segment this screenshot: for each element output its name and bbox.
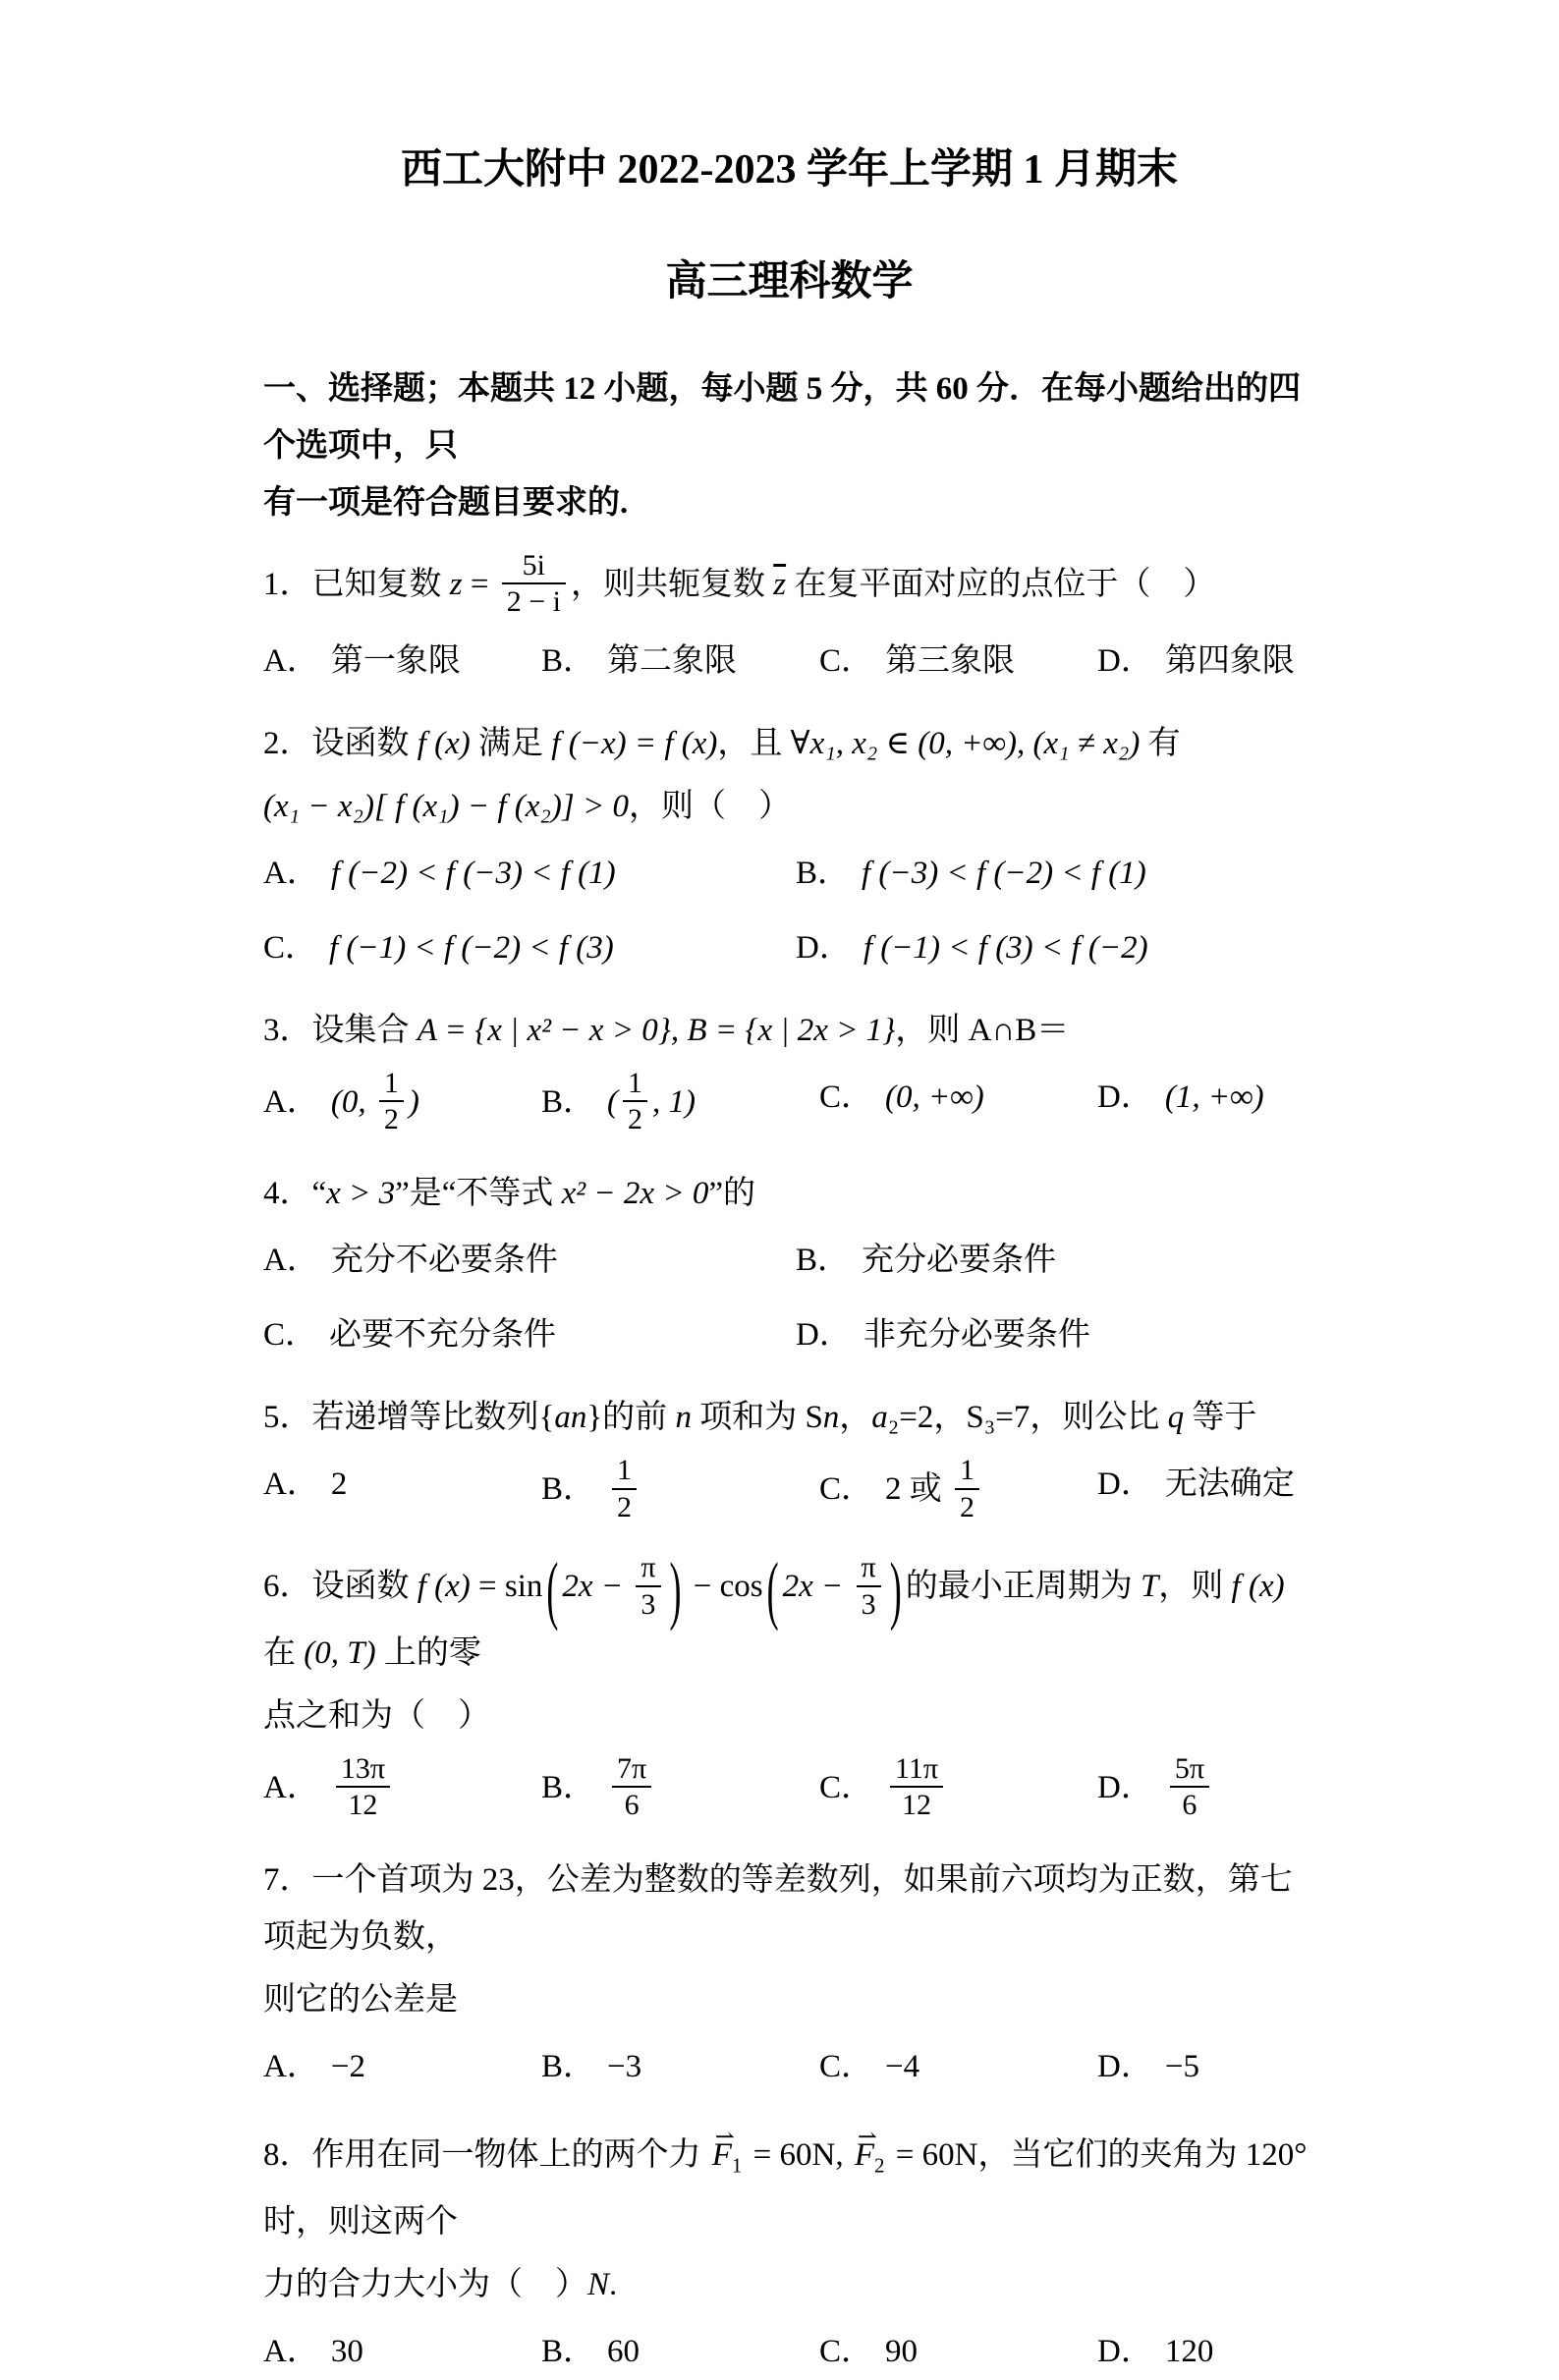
math-run: , 1) bbox=[652, 1084, 696, 1120]
question-7-stem-line-1: 7．一个首项为 23，公差为整数的等差数列，如果前六项均为正数，第七项起为负数， bbox=[263, 1852, 1315, 1965]
option-label: B． bbox=[541, 2049, 595, 2084]
question-5-option-A: A．2 bbox=[263, 1456, 541, 1527]
question-1-option-B: B．第二象限 bbox=[541, 633, 819, 690]
option-content: 5π6 bbox=[1165, 1770, 1214, 1805]
text-run: 上的零 bbox=[376, 1635, 481, 1671]
question-6-option-D: D．5π6 bbox=[1097, 1754, 1315, 1826]
math-run: ) bbox=[409, 1084, 419, 1120]
question-5-option-D: D．无法确定 bbox=[1097, 1456, 1315, 1527]
option-label: B． bbox=[796, 1243, 850, 1278]
text-run: 充分必要条件 bbox=[862, 1243, 1056, 1278]
question-4-option-D: D．非充分必要条件 bbox=[796, 1306, 1315, 1363]
option-content: 第二象限 bbox=[607, 643, 737, 679]
question-5-option-B: B．12 bbox=[541, 1456, 819, 1527]
option-content: −2 bbox=[331, 2049, 365, 2084]
question-3: 3．设集合 A = {x | x² − x > 0}, B = {x | 2x … bbox=[263, 1002, 1315, 1140]
option-content: 30 bbox=[331, 2334, 363, 2369]
fraction-numerator: 1 bbox=[379, 1066, 404, 1102]
math-run: x > 3 bbox=[326, 1176, 395, 1211]
option-content: (1, +∞) bbox=[1165, 1079, 1264, 1115]
option-content: 12 bbox=[607, 1471, 641, 1507]
question-2: 2．设函数 f (x) 满足 f (−x) = f (x)，且 ∀x₁, x₂ … bbox=[263, 715, 1315, 976]
text-run: ，则 bbox=[1158, 1569, 1231, 1604]
fraction-numerator: 1 bbox=[623, 1066, 647, 1102]
fraction-denominator: 6 bbox=[1170, 1788, 1209, 1822]
option-label: D． bbox=[796, 930, 852, 966]
option-content: 2 bbox=[331, 1467, 348, 1502]
option-content: 2 或 12 bbox=[885, 1471, 984, 1507]
question-1-stem-line-1: 1．已知复数 z = 5i2 − i，则共轭复数 z 在复平面对应的点位于（ ） bbox=[263, 551, 1315, 623]
fraction-denominator: 2 bbox=[612, 1490, 637, 1524]
question-6-option-C: C．11π12 bbox=[819, 1754, 1097, 1826]
option-content: 充分不必要条件 bbox=[331, 1243, 558, 1278]
question-8-stem-line-1: 8．作用在同一物体上的两个力 ⇀F1 = 60N, ⇀F2 = 60N，当它们的… bbox=[263, 2121, 1315, 2251]
text-run: −2 bbox=[331, 2049, 365, 2084]
option-label: C． bbox=[819, 1471, 873, 1507]
question-4-options-row: A．充分不必要条件B．充分必要条件 bbox=[263, 1232, 1315, 1289]
fraction-denominator: 3 bbox=[857, 1587, 881, 1622]
math-run: f (−1) < f (−2) < f (3) bbox=[329, 930, 614, 966]
fraction: π3 bbox=[636, 1550, 660, 1622]
text-run: − cos bbox=[686, 1569, 763, 1604]
fraction: π3 bbox=[857, 1550, 881, 1622]
option-content: (12, 1) bbox=[607, 1084, 696, 1120]
option-content: 7π6 bbox=[607, 1770, 656, 1805]
text-run: 90 bbox=[885, 2334, 918, 2369]
math-run: 2x − bbox=[562, 1569, 631, 1604]
option-content: 第一象限 bbox=[331, 643, 461, 679]
fraction: 7π6 bbox=[612, 1751, 651, 1823]
math-run: 2x − bbox=[783, 1569, 852, 1604]
question-7-option-B: B．−3 bbox=[541, 2038, 819, 2095]
fraction: 12 bbox=[623, 1066, 647, 1137]
text-run: 第二象限 bbox=[607, 643, 737, 679]
text-run: ，且 bbox=[717, 726, 790, 761]
question-6-options-row: A．13π12B．7π6C．11π12D．5π6 bbox=[263, 1754, 1315, 1826]
question-2-stem-line-1: 2．设函数 f (x) 满足 f (−x) = f (x)，且 ∀x₁, x₂ … bbox=[263, 715, 1315, 772]
math-run: n bbox=[823, 1400, 840, 1435]
question-6-stem-line-1: 6．设函数 f (x) = sin(2x − π3) − cos(2x − π3… bbox=[263, 1553, 1315, 1682]
text-run: −3 bbox=[607, 2049, 641, 2084]
text-run: −5 bbox=[1165, 2049, 1199, 2084]
fraction-denominator: 2 − i bbox=[502, 584, 566, 619]
question-8-option-C: C．90 bbox=[819, 2323, 1097, 2380]
big-paren: ( bbox=[767, 1527, 779, 1650]
question-5-option-C: C．2 或 12 bbox=[819, 1456, 1097, 1527]
option-content: 60 bbox=[607, 2334, 640, 2369]
fraction-denominator: 2 bbox=[955, 1490, 979, 1524]
question-8-option-B: B．60 bbox=[541, 2323, 819, 2380]
option-label: C． bbox=[819, 2334, 873, 2369]
question-4-option-C: C．必要不充分条件 bbox=[263, 1306, 796, 1363]
text-run: 7．一个首项为 23，公差为整数的等差数列，如果前六项均为正数，第七项起为负数， bbox=[263, 1862, 1293, 1955]
vector-arrow-icon: ⇀ bbox=[858, 2109, 877, 2166]
option-content: 13π12 bbox=[331, 1770, 395, 1805]
math-run: an bbox=[554, 1400, 586, 1435]
math-run: (0, bbox=[331, 1084, 374, 1120]
question-3-stem-line-1: 3．设集合 A = {x | x² − x > 0}, B = {x | 2x … bbox=[263, 1002, 1315, 1059]
section-instructions-line-2: 有一项是符合题目要求的. bbox=[263, 474, 1315, 531]
math-run: (0, +∞) bbox=[885, 1079, 984, 1115]
math-run: q bbox=[1168, 1400, 1185, 1435]
option-content: f (−2) < f (−3) < f (1) bbox=[331, 856, 616, 891]
fraction-numerator: 5i bbox=[502, 548, 566, 584]
option-label: D． bbox=[796, 1317, 852, 1353]
option-content: 无法确定 bbox=[1165, 1467, 1295, 1502]
fraction-numerator: 7π bbox=[612, 1751, 651, 1788]
option-label: A． bbox=[263, 856, 319, 891]
text-run: 30 bbox=[331, 2334, 363, 2369]
text-run: 3．设集合 bbox=[263, 1013, 418, 1048]
question-7-option-C: C．−4 bbox=[819, 2038, 1097, 2095]
text-run: 充分不必要条件 bbox=[331, 1243, 558, 1278]
option-label: A． bbox=[263, 1770, 319, 1805]
question-6: 6．设函数 f (x) = sin(2x − π3) − cos(2x − π3… bbox=[263, 1553, 1315, 1826]
math-run: T bbox=[1141, 1569, 1158, 1604]
option-label: C． bbox=[819, 1770, 873, 1805]
text-run: 1．已知复数 bbox=[263, 567, 450, 602]
fraction-denominator: 12 bbox=[336, 1788, 390, 1822]
option-content: −5 bbox=[1165, 2049, 1199, 2084]
text-run: 2．设函数 bbox=[263, 726, 418, 761]
text-run: 第一象限 bbox=[331, 643, 461, 679]
text-run: = sin bbox=[471, 1569, 543, 1604]
fraction-numerator: 5π bbox=[1170, 1751, 1209, 1788]
question-7-options-row: A．−2B．−3C．−4D．−5 bbox=[263, 2038, 1315, 2095]
option-label: D． bbox=[1097, 2049, 1153, 2084]
option-label: A． bbox=[263, 1084, 319, 1120]
option-label: D． bbox=[1097, 1467, 1153, 1502]
fraction-numerator: π bbox=[857, 1550, 881, 1586]
vector-symbol: ⇀F2 bbox=[855, 2121, 885, 2194]
option-label: A． bbox=[263, 2049, 319, 2084]
text-run: 则它的公差是 bbox=[263, 1982, 458, 2018]
option-content: 120 bbox=[1165, 2334, 1214, 2369]
option-label: B． bbox=[541, 2334, 595, 2369]
math-run: ( bbox=[607, 1084, 618, 1120]
fraction-numerator: π bbox=[636, 1550, 660, 1586]
option-content: 90 bbox=[885, 2334, 918, 2369]
option-label: B． bbox=[796, 856, 850, 891]
question-1-options-row: A．第一象限B．第二象限C．第三象限D．第四象限 bbox=[263, 633, 1315, 690]
option-label: B． bbox=[541, 1084, 595, 1120]
text-run: 无法确定 bbox=[1165, 1467, 1295, 1502]
question-2-stem-line-2: (x₁ − x₂)[ f (x₁) − f (x₂)] > 0，则（ ） bbox=[263, 778, 1315, 835]
option-content: 充分必要条件 bbox=[862, 1243, 1056, 1278]
text-run: 4．“ bbox=[263, 1176, 326, 1211]
option-content: 11π12 bbox=[885, 1770, 948, 1805]
question-8-stem-line-2: 力的合力大小为（ ）N. bbox=[263, 2256, 1315, 2313]
question-5-stem-line-1: 5．若递增等比数列{an}的前 n 项和为 Sn，a₂=2，S₃=7，则公比 q… bbox=[263, 1389, 1315, 1446]
question-1-option-D: D．第四象限 bbox=[1097, 633, 1315, 690]
question-6-option-B: B．7π6 bbox=[541, 1754, 819, 1826]
question-list: 1．已知复数 z = 5i2 − i，则共轭复数 z 在复平面对应的点位于（ ）… bbox=[263, 551, 1315, 2380]
math-run: f (x) bbox=[418, 726, 471, 761]
text-run: 满足 bbox=[471, 726, 552, 761]
option-content: (0, 12) bbox=[331, 1084, 419, 1120]
fraction-denominator: 2 bbox=[379, 1102, 404, 1136]
question-2-options-row: C．f (−1) < f (−2) < f (3)D．f (−1) < f (3… bbox=[263, 919, 1315, 976]
question-3-option-A: A．(0, 12) bbox=[263, 1069, 541, 1140]
fraction: 12 bbox=[955, 1453, 979, 1524]
text-run: 项和为 S bbox=[692, 1400, 823, 1435]
option-content: f (−3) < f (−2) < f (1) bbox=[862, 856, 1146, 891]
text-run: 2 或 bbox=[885, 1471, 950, 1507]
math-run: f (x) bbox=[1232, 1569, 1285, 1604]
question-2-option-A: A．f (−2) < f (−3) < f (1) bbox=[263, 845, 796, 902]
option-label: C． bbox=[819, 643, 873, 679]
math-run: N bbox=[587, 2267, 609, 2302]
question-2-option-B: B．f (−3) < f (−2) < f (1) bbox=[796, 845, 1315, 902]
question-7-option-D: D．−5 bbox=[1097, 2038, 1315, 2095]
math-run: z bbox=[450, 567, 463, 602]
question-3-options-row: A．(0, 12)B．(12, 1)C．(0, +∞)D．(1, +∞) bbox=[263, 1069, 1315, 1140]
question-2-options-row: A．f (−2) < f (−3) < f (1)B．f (−3) < f (−… bbox=[263, 845, 1315, 902]
option-label: A． bbox=[263, 643, 319, 679]
question-6-option-A: A．13π12 bbox=[263, 1754, 541, 1826]
vector-symbol: ⇀F1 bbox=[712, 2121, 743, 2194]
text-run: ，则（ ） bbox=[629, 789, 791, 824]
big-paren: ) bbox=[890, 1527, 902, 1650]
option-label: D． bbox=[1097, 643, 1153, 679]
question-4: 4．“x > 3”是“不等式 x² − 2x > 0”的A．充分不必要条件B．充… bbox=[263, 1165, 1315, 1363]
fraction: 5i2 − i bbox=[502, 548, 566, 620]
question-4-stem-line-1: 4．“x > 3”是“不等式 x² − 2x > 0”的 bbox=[263, 1165, 1315, 1222]
text-run: 8．作用在同一物体上的两个力 bbox=[263, 2137, 709, 2173]
exam-subtitle: 高三理科数学 bbox=[263, 257, 1315, 306]
question-4-options-row: C．必要不充分条件D．非充分必要条件 bbox=[263, 1306, 1315, 1363]
fraction: 13π12 bbox=[336, 1751, 390, 1823]
option-label: B． bbox=[541, 1770, 595, 1805]
fraction-denominator: 12 bbox=[890, 1788, 943, 1822]
fraction-numerator: 11π bbox=[890, 1751, 943, 1788]
option-label: C． bbox=[819, 1079, 873, 1115]
question-7-stem-line-2: 则它的公差是 bbox=[263, 1971, 1315, 2028]
question-8-option-A: A．30 bbox=[263, 2323, 541, 2380]
question-1: 1．已知复数 z = 5i2 − i，则共轭复数 z 在复平面对应的点位于（ ）… bbox=[263, 551, 1315, 690]
math-run: (1, +∞) bbox=[1165, 1079, 1264, 1115]
math-run: (0, T) bbox=[304, 1635, 375, 1671]
math-run: f (−2) < f (−3) < f (1) bbox=[331, 856, 616, 891]
text-run: }的前 bbox=[586, 1400, 675, 1435]
option-label: C． bbox=[263, 930, 317, 966]
text-run: 有 bbox=[1140, 726, 1180, 761]
question-3-option-C: C．(0, +∞) bbox=[819, 1069, 1097, 1140]
text-run: 60 bbox=[607, 2334, 640, 2369]
text-run: . bbox=[609, 2267, 617, 2302]
text-run: 第三象限 bbox=[885, 643, 1015, 679]
option-label: D． bbox=[1097, 1770, 1153, 1805]
fraction-denominator: 6 bbox=[612, 1788, 651, 1822]
math-run: f (−3) < f (−2) < f (1) bbox=[862, 856, 1146, 891]
option-label: C． bbox=[819, 2049, 873, 2084]
text-run: 力的合力大小为（ ） bbox=[263, 2267, 587, 2302]
fraction-numerator: 1 bbox=[612, 1453, 637, 1489]
option-label: D． bbox=[1097, 2334, 1153, 2369]
math-run: f (x) bbox=[418, 1569, 471, 1604]
option-label: B． bbox=[541, 643, 595, 679]
math-run: (x₁ − x₂)[ f (x₁) − f (x₂)] > 0 bbox=[263, 789, 629, 824]
text-run: ，则 A∩B＝ bbox=[895, 1013, 1069, 1048]
text-run: ， bbox=[839, 1400, 871, 1435]
option-content: f (−1) < f (−2) < f (3) bbox=[329, 930, 614, 966]
fraction: 5π6 bbox=[1170, 1751, 1209, 1823]
text-run: 120 bbox=[1165, 2334, 1214, 2369]
question-5: 5．若递增等比数列{an}的前 n 项和为 Sn，a₂=2，S₃=7，则公比 q… bbox=[263, 1389, 1315, 1527]
big-paren: ( bbox=[546, 1527, 558, 1650]
text-run: = 60N, bbox=[745, 2137, 851, 2173]
exam-document-page: 西工大附中 2022-2023 学年上学期 1 月期末 高三理科数学 一、选择题… bbox=[0, 0, 1559, 2380]
text-run: 2 bbox=[331, 1467, 348, 1502]
question-4-option-A: A．充分不必要条件 bbox=[263, 1232, 796, 1289]
question-4-option-B: B．充分必要条件 bbox=[796, 1232, 1315, 1289]
question-5-options-row: A．2B．12C．2 或 12D．无法确定 bbox=[263, 1456, 1315, 1527]
text-run: = bbox=[463, 567, 497, 602]
section-instructions-line-1: 一、选择题；本题共 12 小题，每小题 5 分，共 60 分．在每小题给出的四个… bbox=[263, 360, 1315, 474]
option-content: 非充分必要条件 bbox=[863, 1317, 1090, 1353]
conjugate-overline: z bbox=[773, 567, 786, 602]
option-content: −4 bbox=[885, 2049, 919, 2084]
text-run: 6．设函数 bbox=[263, 1569, 418, 1604]
text-run: 非充分必要条件 bbox=[863, 1317, 1090, 1353]
question-3-option-D: D．(1, +∞) bbox=[1097, 1069, 1315, 1140]
option-label: C． bbox=[263, 1317, 317, 1353]
question-8-option-D: D．120 bbox=[1097, 2323, 1315, 2380]
text-run: 在复平面对应的点位于（ ） bbox=[786, 567, 1215, 602]
math-run: x² − 2x > 0 bbox=[562, 1176, 709, 1211]
text-run: −4 bbox=[885, 2049, 919, 2084]
math-run: a bbox=[871, 1400, 888, 1435]
option-content: f (−1) < f (3) < f (−2) bbox=[863, 930, 1148, 966]
text-run: 必要不充分条件 bbox=[329, 1317, 556, 1353]
question-7: 7．一个首项为 23，公差为整数的等差数列，如果前六项均为正数，第七项起为负数，… bbox=[263, 1852, 1315, 2095]
math-run: f (−1) < f (3) < f (−2) bbox=[863, 930, 1148, 966]
option-label: A． bbox=[263, 1243, 319, 1278]
question-1-option-C: C．第三象限 bbox=[819, 633, 1097, 690]
fraction-denominator: 3 bbox=[636, 1587, 660, 1622]
option-content: 第四象限 bbox=[1165, 643, 1295, 679]
exam-title: 西工大附中 2022-2023 学年上学期 1 月期末 bbox=[263, 145, 1315, 194]
math-run: A = {x | x² − x > 0}, B = {x | 2x > 1} bbox=[418, 1013, 896, 1048]
question-7-option-A: A．−2 bbox=[263, 2038, 541, 2095]
question-8: 8．作用在同一物体上的两个力 ⇀F1 = 60N, ⇀F2 = 60N，当它们的… bbox=[263, 2121, 1315, 2380]
fraction-numerator: 1 bbox=[955, 1453, 979, 1489]
text-run: ₂=2，S₃=7，则公比 bbox=[888, 1400, 1168, 1435]
fraction: 12 bbox=[612, 1453, 637, 1524]
text-run: 第四象限 bbox=[1165, 643, 1295, 679]
math-run: ∀x₁, x₂ ∈ (0, +∞), (x₁ ≠ x₂) bbox=[791, 726, 1141, 761]
fraction: 11π12 bbox=[890, 1751, 943, 1823]
math-run: f (−x) = f (x) bbox=[551, 726, 717, 761]
text-run: ”是“不等式 bbox=[395, 1176, 562, 1211]
question-1-option-A: A．第一象限 bbox=[263, 633, 541, 690]
fraction-denominator: 2 bbox=[623, 1102, 647, 1136]
question-3-option-B: B．(12, 1) bbox=[541, 1069, 819, 1140]
option-label: A． bbox=[263, 1467, 319, 1502]
text-run: 的最小正周期为 bbox=[906, 1569, 1141, 1604]
option-content: 第三象限 bbox=[885, 643, 1015, 679]
text-run: ，则共轭复数 bbox=[571, 567, 773, 602]
vector-arrow-icon: ⇀ bbox=[715, 2109, 735, 2166]
text-run: 5．若递增等比数列{ bbox=[263, 1400, 554, 1435]
text-run: ”的 bbox=[708, 1176, 755, 1211]
fraction-numerator: 13π bbox=[336, 1751, 390, 1788]
question-2-option-C: C．f (−1) < f (−2) < f (3) bbox=[263, 919, 796, 976]
text-run: 等于 bbox=[1184, 1400, 1256, 1435]
option-label: D． bbox=[1097, 1079, 1153, 1115]
question-2-option-D: D．f (−1) < f (3) < f (−2) bbox=[796, 919, 1315, 976]
option-content: 必要不充分条件 bbox=[329, 1317, 556, 1353]
question-6-stem-line-2: 点之和为（ ） bbox=[263, 1688, 1315, 1744]
option-label: B． bbox=[541, 1471, 595, 1507]
option-content: −3 bbox=[607, 2049, 641, 2084]
fraction: 12 bbox=[379, 1066, 404, 1137]
big-paren: ) bbox=[670, 1527, 682, 1650]
question-8-options-row: A．30B．60C．90D．120 bbox=[263, 2323, 1315, 2380]
text-run: 在 bbox=[263, 1635, 304, 1671]
option-content: (0, +∞) bbox=[885, 1079, 984, 1115]
text-run: 点之和为（ ） bbox=[263, 1698, 490, 1734]
math-run: n bbox=[675, 1400, 692, 1435]
option-label: A． bbox=[263, 2334, 319, 2369]
